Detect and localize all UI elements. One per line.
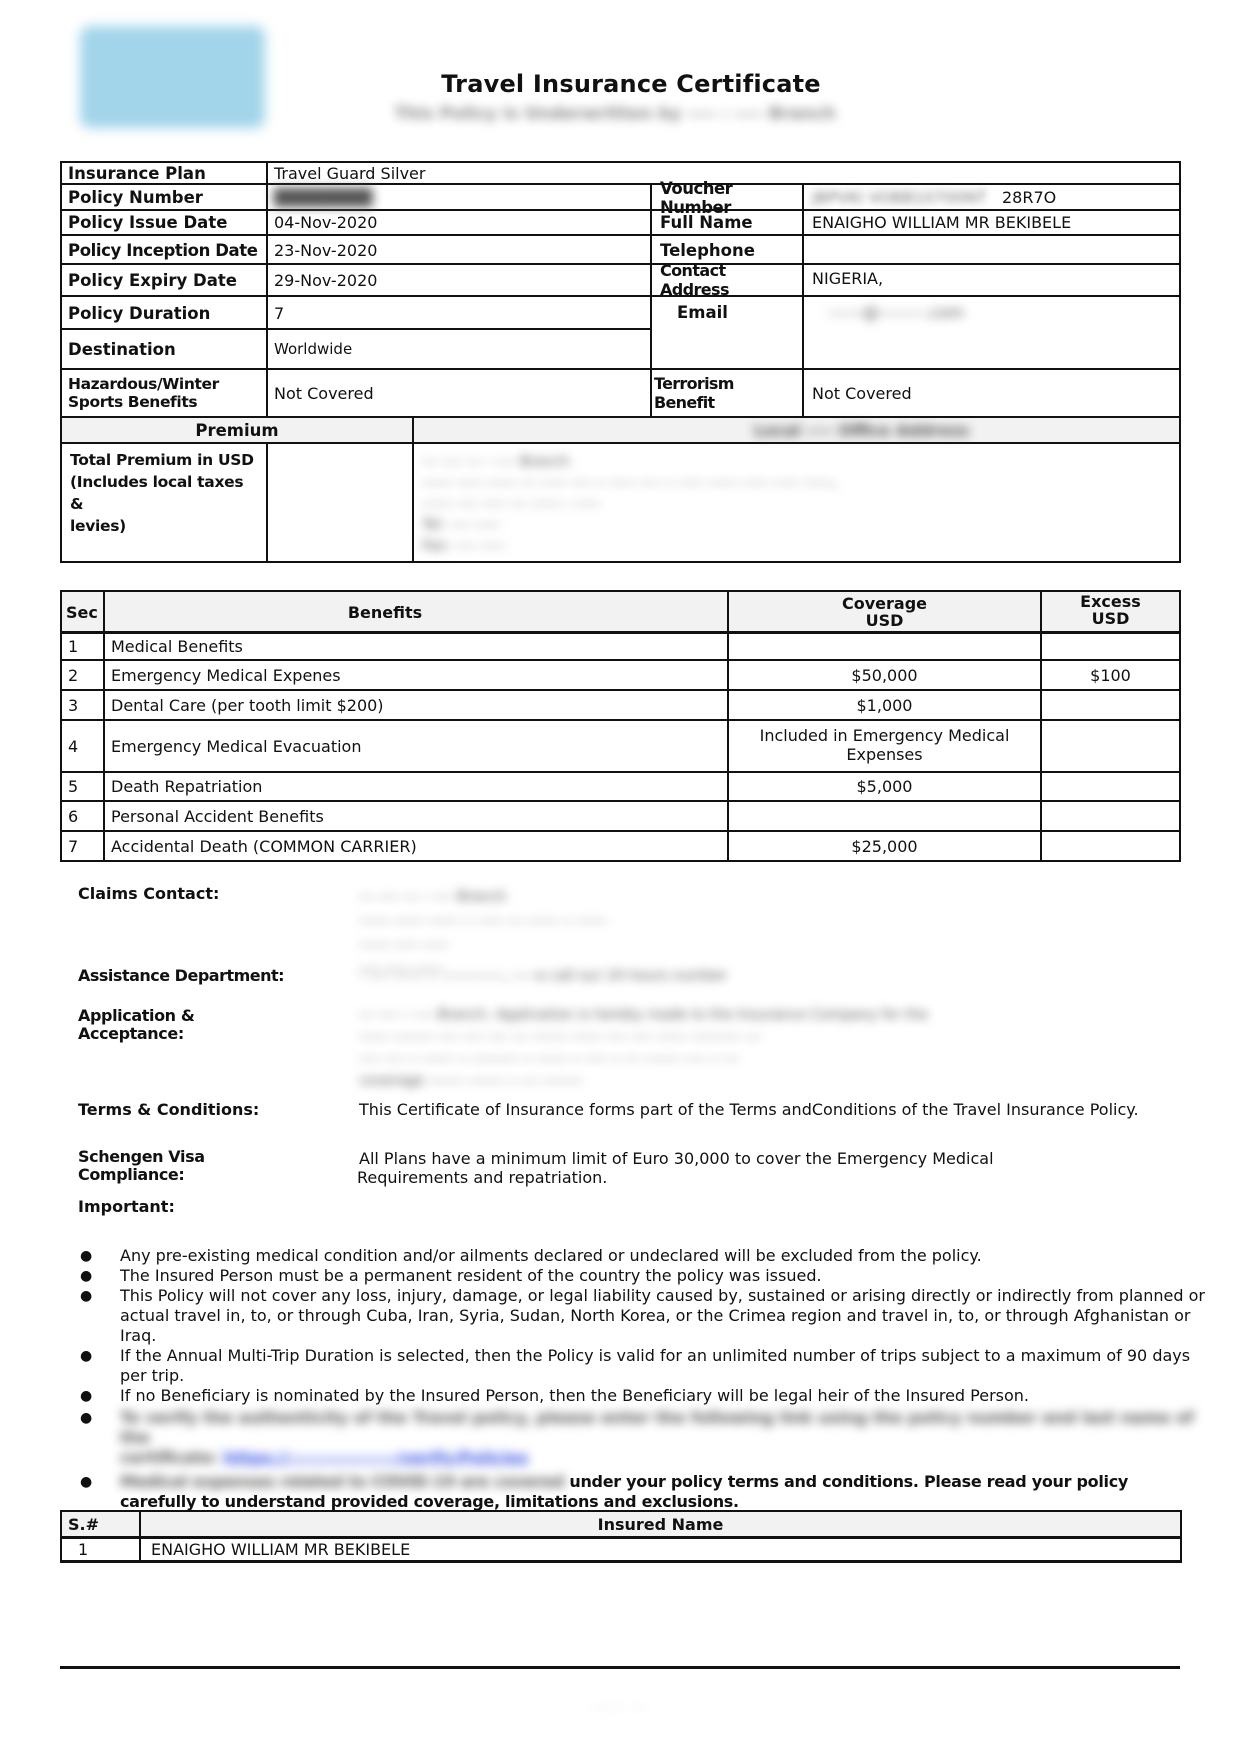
assistance-department-label: Assistance Department: [78, 967, 284, 985]
destination-value: Worldwide [266, 330, 650, 368]
benefit-excess [1042, 634, 1179, 659]
col-header-insured-name: Insured Name [141, 1512, 1180, 1536]
policy-number-label: Policy Number [60, 185, 266, 210]
benefit-coverage [729, 802, 1040, 830]
insured-persons-table: S.# Insured Name 1 ENAIGHO WILLIAM MR BE… [60, 1510, 1182, 1562]
full-name-label: Full Name [652, 210, 804, 235]
benefit-coverage: $1,000 [729, 691, 1040, 719]
benefit-sec-number: 3 [62, 691, 103, 719]
benefit-name: Medical Benefits [105, 634, 725, 659]
premium-header: Premium [62, 418, 412, 442]
benefit-sec-number: 2 [62, 661, 103, 689]
bullet-item: ●This Policy will not cover any loss, in… [78, 1286, 1208, 1346]
col-header-serial: S.# [62, 1512, 139, 1536]
local-office-header-redacted: Local ---- Office Address [414, 418, 1179, 442]
col-header-coverage: Coverage USD [729, 592, 1040, 632]
claims-contact-label: Claims Contact: [78, 885, 219, 903]
bullet-item-verify-redacted: ● To verify the authenticity of the Trav… [78, 1408, 1208, 1468]
schengen-visa-label: Schengen Visa Compliance: [78, 1148, 205, 1184]
bullet-item-medical: ● Medical expenses related to COVID-19 a… [78, 1472, 1208, 1512]
policy-info-table: Insurance Plan Travel Guard Silver Polic… [60, 161, 1181, 563]
destination-label: Destination [60, 330, 266, 368]
col-header-sec: Sec [62, 592, 104, 632]
voucher-number-value: JBPVKI VOBB10700NT 28R7O [804, 185, 1179, 210]
benefit-excess [1042, 773, 1179, 800]
footer-redacted: -------- ---- [420, 1700, 820, 1714]
bullet-item: ●If the Annual Multi-Trip Duration is se… [78, 1346, 1208, 1386]
policy-expiry-date-label: Policy Expiry Date [60, 265, 266, 295]
policy-issue-date-label: Policy Issue Date [60, 210, 266, 235]
full-name-value: ENAIGHO WILLIAM MR BEKIBELE [804, 210, 1179, 235]
terms-conditions-label: Terms & Conditions: [78, 1101, 259, 1119]
email-label: Email [652, 297, 804, 327]
schengen-visa-value: All Plans have a minimum limit of Euro 3… [359, 1149, 1149, 1187]
benefit-sec-number: 7 [62, 832, 103, 860]
benefit-coverage: $50,000 [729, 661, 1040, 689]
benefit-coverage: $5,000 [729, 773, 1040, 800]
insured-serial: 1 [62, 1539, 139, 1560]
telephone-label: Telephone [652, 236, 804, 264]
policy-expiry-date-value: 29-Nov-2020 [266, 265, 650, 295]
benefit-sec-number: 4 [62, 721, 103, 771]
benefit-excess [1042, 802, 1179, 830]
policy-duration-value: 7 [266, 297, 650, 329]
benefits-table: Sec Benefits Coverage USD Excess USD 1Me… [60, 590, 1181, 862]
benefit-excess [1042, 832, 1179, 860]
bullet-item: ●The Insured Person must be a permanent … [78, 1266, 1208, 1286]
insurance-plan-label: Insurance Plan [60, 161, 266, 185]
benefit-name: Emergency Medical Expenes [105, 661, 725, 689]
local-office-address-redacted: --- ---- --- - ---- Branch ------ ----- … [414, 444, 1179, 559]
contact-address-label: Contact Address [652, 265, 804, 295]
hazardous-sports-value: Not Covered [266, 370, 650, 416]
benefit-sec-number: 6 [62, 802, 103, 830]
benefit-excess [1042, 691, 1179, 719]
policy-inception-date-value: 23-Nov-2020 [266, 236, 650, 264]
policy-number-value-redacted: ████████ [266, 185, 386, 210]
footer-divider [60, 1666, 1180, 1669]
benefit-name: Personal Accident Benefits [105, 802, 725, 830]
benefit-coverage [729, 634, 1040, 659]
application-acceptance-value-redacted: --- ---- - ---- Branch. Application is h… [359, 1004, 1149, 1092]
terrorism-benefit-label: Terrorism Benefit [652, 370, 804, 416]
contact-address-value: NIGERIA, [804, 265, 1179, 291]
total-premium-label: Total Premium in USD (Includes local tax… [62, 444, 266, 514]
policy-issue-date-value: 04-Nov-2020 [266, 210, 650, 235]
page-title: Travel Insurance Certificate [0, 70, 1240, 98]
benefit-coverage: Included in Emergency Medical Expenses [729, 721, 1040, 771]
col-header-benefits: Benefits [105, 592, 665, 632]
email-value-redacted: ------@--------.com [820, 297, 1160, 327]
important-bullet-list: ●Any pre-existing medical condition and/… [78, 1246, 1208, 1512]
benefit-sec-number: 5 [62, 773, 103, 800]
total-premium-value [268, 444, 412, 559]
benefit-name: Emergency Medical Evacuation [105, 721, 725, 771]
benefit-sec-number: 1 [62, 634, 103, 659]
benefit-coverage: $25,000 [729, 832, 1040, 860]
important-label: Important: [78, 1198, 175, 1216]
benefit-name: Death Repatriation [105, 773, 725, 800]
benefit-excess: $100 [1042, 661, 1179, 689]
bullet-item: ●If no Beneficiary is nominated by the I… [78, 1386, 1208, 1406]
benefit-name: Accidental Death (COMMON CARRIER) [105, 832, 725, 860]
assistance-department-value-redacted: - ---- ------ -- ------------, -----e ca… [359, 967, 1149, 986]
policy-inception-date-label: Policy Inception Date [60, 236, 266, 264]
benefit-name: Dental Care (per tooth limit $200) [105, 691, 725, 719]
bullet-item: ●Any pre-existing medical condition and/… [78, 1246, 1208, 1266]
terrorism-benefit-value: Not Covered [804, 370, 1179, 416]
col-header-excess: Excess USD [1042, 590, 1179, 630]
benefit-excess [1042, 721, 1179, 771]
application-acceptance-label: Application & Acceptance: [78, 1007, 194, 1043]
hazardous-sports-label: Hazardous/Winter Sports Benefits [60, 370, 266, 416]
policy-duration-label: Policy Duration [60, 297, 266, 329]
underwriter-subtitle-redacted: This Policy is Underwritten by ---- - --… [295, 104, 935, 124]
insured-name: ENAIGHO WILLIAM MR BEKIBELE [141, 1539, 1141, 1560]
verify-policy-link-redacted[interactable]: https://----------------/verify/Policies [224, 1448, 529, 1467]
telephone-value [804, 236, 1179, 264]
terms-conditions-value: This Certificate of Insurance forms part… [359, 1100, 1149, 1119]
voucher-number-label: Voucher Number [652, 185, 804, 210]
